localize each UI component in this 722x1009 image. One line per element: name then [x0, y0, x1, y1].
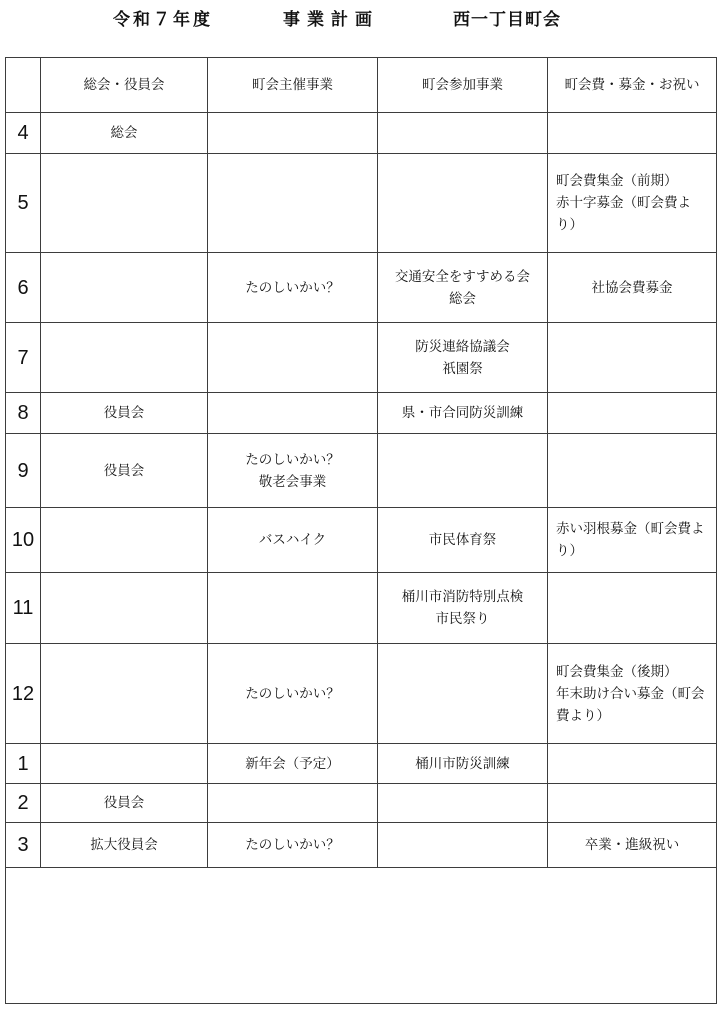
kaihi-bokin-cell: 町会費集金（後期） 年末助け合い募金（町会費より） — [548, 644, 717, 744]
header-kaihi-bokin-oiwai: 町会費・募金・お祝い — [548, 58, 717, 113]
month-cell: 1 — [6, 744, 41, 784]
soukai-yakuinkai-cell — [41, 644, 208, 744]
title-main: 事業計画 — [283, 5, 379, 30]
soukai-yakuinkai-cell: 総会 — [41, 113, 208, 154]
kaihi-bokin-cell — [548, 393, 717, 434]
table-row-month-8: 8役員会県・市合同防災訓練 — [6, 393, 717, 434]
notes-cell — [6, 868, 717, 1004]
notes-row — [6, 868, 717, 1004]
sanka-jigyo-cell — [378, 154, 548, 253]
shusai-jigyo-cell — [208, 393, 378, 434]
sanka-jigyo-cell: 防災連絡協議会 祇園祭 — [378, 323, 548, 393]
schedule-table: 総会・役員会 町会主催事業 町会参加事業 町会費・募金・お祝い 4総会5町会費集… — [5, 57, 717, 1004]
schedule-table-body: 4総会5町会費集金（前期） 赤十字募金（町会費より）6たのしいかい？交通安全をす… — [6, 113, 717, 868]
sanka-jigyo-cell — [378, 113, 548, 154]
document-title: 令和７年度 事業計画 西一丁目町会 — [113, 5, 561, 30]
soukai-yakuinkai-cell — [41, 744, 208, 784]
month-cell: 6 — [6, 253, 41, 323]
soukai-yakuinkai-cell — [41, 253, 208, 323]
table-row-month-12: 12たのしいかい？町会費集金（後期） 年末助け合い募金（町会費より） — [6, 644, 717, 744]
sanka-jigyo-cell — [378, 823, 548, 868]
table-footer — [6, 868, 717, 1004]
month-cell: 2 — [6, 784, 41, 823]
title-organization: 西一丁目町会 — [453, 5, 561, 30]
header-row: 総会・役員会 町会主催事業 町会参加事業 町会費・募金・お祝い — [6, 58, 717, 113]
title-fiscal-year: 令和７年度 — [113, 5, 213, 30]
sanka-jigyo-cell — [378, 644, 548, 744]
document-page: 令和７年度 事業計画 西一丁目町会 総会・役員会 町会主催事業 町会参加事業 町… — [0, 0, 722, 1009]
sanka-jigyo-cell: 県・市合同防災訓練 — [378, 393, 548, 434]
kaihi-bokin-cell: 赤い羽根募金（町会費より） — [548, 508, 717, 573]
shusai-jigyo-cell — [208, 154, 378, 253]
kaihi-bokin-cell — [548, 573, 717, 644]
kaihi-bokin-cell — [548, 784, 717, 823]
table-row-month-2: 2役員会 — [6, 784, 717, 823]
header-soukai-yakuinkai: 総会・役員会 — [41, 58, 208, 113]
shusai-jigyo-cell: たのしいかい？ — [208, 644, 378, 744]
header-sanka-jigyo: 町会参加事業 — [378, 58, 548, 113]
month-cell: 3 — [6, 823, 41, 868]
table-row-month-5: 5町会費集金（前期） 赤十字募金（町会費より） — [6, 154, 717, 253]
table-row-month-11: 11桶川市消防特別点検 市民祭り — [6, 573, 717, 644]
soukai-yakuinkai-cell — [41, 573, 208, 644]
table-row-month-4: 4総会 — [6, 113, 717, 154]
kaihi-bokin-cell: 町会費集金（前期） 赤十字募金（町会費より） — [548, 154, 717, 253]
shusai-jigyo-cell — [208, 573, 378, 644]
kaihi-bokin-cell — [548, 744, 717, 784]
sanka-jigyo-cell: 桶川市消防特別点検 市民祭り — [378, 573, 548, 644]
shusai-jigyo-cell: たのしいかい？ — [208, 253, 378, 323]
sanka-jigyo-cell: 市民体育祭 — [378, 508, 548, 573]
table-row-month-10: 10バスハイク市民体育祭赤い羽根募金（町会費より） — [6, 508, 717, 573]
soukai-yakuinkai-cell — [41, 508, 208, 573]
table-row-month-7: 7防災連絡協議会 祇園祭 — [6, 323, 717, 393]
month-cell: 7 — [6, 323, 41, 393]
month-cell: 8 — [6, 393, 41, 434]
sanka-jigyo-cell: 交通安全をすすめる会 総会 — [378, 253, 548, 323]
soukai-yakuinkai-cell — [41, 323, 208, 393]
header-shusai-jigyo: 町会主催事業 — [208, 58, 378, 113]
soukai-yakuinkai-cell: 役員会 — [41, 434, 208, 508]
soukai-yakuinkai-cell: 役員会 — [41, 393, 208, 434]
soukai-yakuinkai-cell: 拡大役員会 — [41, 823, 208, 868]
shusai-jigyo-cell: たのしいかい？ 敬老会事業 — [208, 434, 378, 508]
header-month — [6, 58, 41, 113]
month-cell: 12 — [6, 644, 41, 744]
sanka-jigyo-cell — [378, 434, 548, 508]
shusai-jigyo-cell — [208, 323, 378, 393]
kaihi-bokin-cell — [548, 323, 717, 393]
month-cell: 9 — [6, 434, 41, 508]
table-row-month-9: 9役員会たのしいかい？ 敬老会事業 — [6, 434, 717, 508]
kaihi-bokin-cell — [548, 113, 717, 154]
month-cell: 10 — [6, 508, 41, 573]
kaihi-bokin-cell — [548, 434, 717, 508]
shusai-jigyo-cell: バスハイク — [208, 508, 378, 573]
month-cell: 11 — [6, 573, 41, 644]
shusai-jigyo-cell — [208, 113, 378, 154]
shusai-jigyo-cell — [208, 784, 378, 823]
table-row-month-6: 6たのしいかい？交通安全をすすめる会 総会社協会費募金 — [6, 253, 717, 323]
kaihi-bokin-cell: 卒業・進級祝い — [548, 823, 717, 868]
soukai-yakuinkai-cell — [41, 154, 208, 253]
table-row-month-3: 3拡大役員会たのしいかい？卒業・進級祝い — [6, 823, 717, 868]
soukai-yakuinkai-cell: 役員会 — [41, 784, 208, 823]
kaihi-bokin-cell: 社協会費募金 — [548, 253, 717, 323]
shusai-jigyo-cell: 新年会（予定） — [208, 744, 378, 784]
table-row-month-1: 1新年会（予定）桶川市防災訓練 — [6, 744, 717, 784]
shusai-jigyo-cell: たのしいかい？ — [208, 823, 378, 868]
sanka-jigyo-cell: 桶川市防災訓練 — [378, 744, 548, 784]
table-header: 総会・役員会 町会主催事業 町会参加事業 町会費・募金・お祝い — [6, 58, 717, 113]
sanka-jigyo-cell — [378, 784, 548, 823]
month-cell: 5 — [6, 154, 41, 253]
month-cell: 4 — [6, 113, 41, 154]
